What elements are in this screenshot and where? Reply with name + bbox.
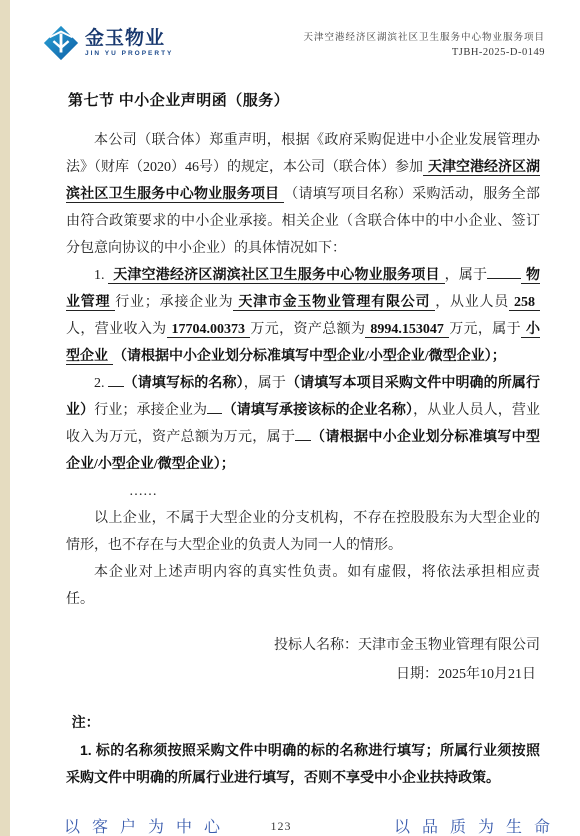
text-run: 行业；承接企业为 [115, 295, 233, 310]
footer-page-number: 123 [271, 820, 292, 832]
paragraph-no-large-enterprise: 以上企业，不属于大型企业的分支机构，不存在控股股东为大型企业的情形，也不存在与大… [66, 505, 540, 559]
text-run: ，从业人员 [435, 295, 509, 310]
hint-company-name: （请填写承接该标的企业名称） [222, 403, 413, 418]
value-subject-name: 天津空港经济区湖滨社区卫生服务中心物业服务项目 [108, 268, 444, 284]
bidder-name-value: 天津市金玉物业管理有限公司 [358, 638, 540, 653]
item-number: 2. [94, 376, 108, 391]
value-assets: 8994.153047 [365, 322, 449, 338]
text-run: 万元，属于 [449, 322, 521, 337]
footer-slogan-right: 以品质为生命 [394, 820, 562, 836]
page-footer: 以客户为中心 123 以品质为生命 [64, 820, 562, 836]
blank-underline [207, 400, 222, 414]
text-run: ，属于 [445, 268, 488, 283]
text-run: 行业；承接企业为 [94, 403, 207, 418]
section-title: 第七节 中小企业声明函（服务） [68, 88, 540, 115]
company-logo: 金玉物业 JIN YU PROPERTY [42, 24, 173, 62]
paragraph-item2: 2. （请填写标的名称），属于（请填写本项目采购文件中明确的所属行业）行业；承接… [66, 370, 540, 478]
item-number: 1. [94, 268, 108, 283]
note-item-1: 1. 标的名称须按照采购文件中明确的标的名称进行填写；所属行业须按照采购文件中明… [66, 737, 540, 792]
blank-underline [295, 427, 310, 441]
hint-subject-name: （请填写标的名称） [124, 376, 244, 391]
blank-underline [487, 265, 521, 279]
signature-block: 投标人名称：天津市金玉物业管理有限公司 日期：2025年10月21日 [66, 631, 540, 689]
page-edge-strip [0, 0, 10, 836]
value-company-name: 天津市金玉物业管理有限公司 [233, 295, 435, 311]
ellipsis-line: …… [66, 478, 540, 505]
footer-slogan-left: 以客户为中心 [64, 820, 232, 836]
paragraph-intro: 本公司（联合体）郑重声明，根据《政府采购促进中小企业发展管理办法》（财库（202… [66, 127, 540, 262]
notes-label: 注： [66, 709, 540, 737]
header-project-name: 天津空港经济区湖滨社区卫生服务中心物业服务项目 [303, 32, 545, 45]
value-revenue: 17704.00373 [167, 322, 251, 338]
bidder-name-line: 投标人名称：天津市金玉物业管理有限公司 [66, 631, 540, 660]
blank-underline [108, 373, 123, 387]
gem-logo-icon [42, 24, 80, 62]
paragraph-responsibility: 本企业对上述声明内容的真实性负责。如有虚假，将依法承担相应责任。 [66, 559, 540, 613]
logo-text-block: 金玉物业 JIN YU PROPERTY [85, 29, 173, 58]
logo-text-en: JIN YU PROPERTY [85, 51, 173, 58]
document-page: 金玉物业 JIN YU PROPERTY 天津空港经济区湖滨社区卫生服务中心物业… [0, 0, 580, 836]
text-run: 人，营业收入为 [66, 322, 167, 337]
date-label: 日期： [396, 667, 438, 682]
logo-text-cn: 金玉物业 [85, 29, 173, 48]
header-doc-number: TJBH-2025-D-0149 [303, 45, 545, 60]
header-right-block: 天津空港经济区湖滨社区卫生服务中心物业服务项目 TJBH-2025-D-0149 [303, 24, 545, 60]
bidder-name-label: 投标人名称： [274, 638, 358, 653]
text-run: 万元，资产总额为 [250, 322, 365, 337]
paragraph-item1: 1. 天津空港经济区湖滨社区卫生服务中心物业服务项目，属于物业管理行业；承接企业… [66, 262, 540, 370]
date-value: 2025年10月21日 [438, 667, 536, 682]
document-body: 第七节 中小企业声明函（服务） 本公司（联合体）郑重声明，根据《政府采购促进中小… [0, 88, 580, 792]
value-employees: 258 [509, 295, 540, 311]
page-header: 金玉物业 JIN YU PROPERTY 天津空港经济区湖滨社区卫生服务中心物业… [0, 0, 580, 72]
hint-company-size: （请根据中小企业划分标准填写中型企业/小型企业/微型企业）； [113, 349, 506, 364]
date-line: 日期：2025年10月21日 [66, 660, 540, 689]
text-run: ，属于 [244, 376, 286, 391]
notes-block: 注： 1. 标的名称须按照采购文件中明确的标的名称进行填写；所属行业须按照采购文… [66, 709, 540, 792]
